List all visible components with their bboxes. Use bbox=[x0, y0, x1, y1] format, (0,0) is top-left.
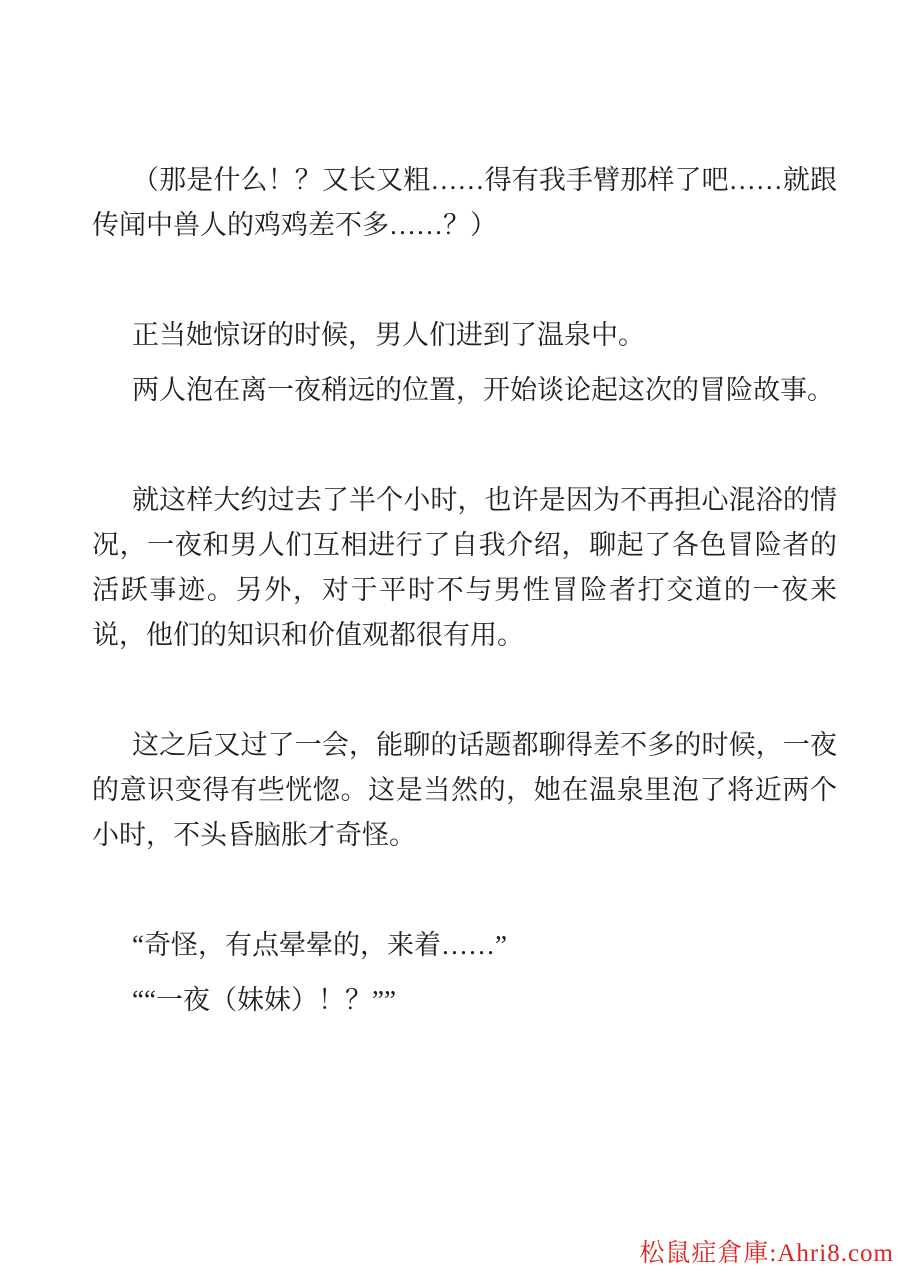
blank-line bbox=[92, 668, 837, 713]
paragraph: （那是什么！？又长又粗……得有我手臂那样了吧……就跟传闻中兽人的鸡鸡差不多……？… bbox=[92, 158, 837, 248]
blank-line bbox=[92, 868, 837, 913]
body-text-block: （那是什么！？又长又粗……得有我手臂那样了吧……就跟传闻中兽人的鸡鸡差不多……？… bbox=[92, 158, 837, 1033]
paragraph: 就这样大约过去了半个小时，也许是因为不再担心混浴的情况，一夜和男人们互相进行了自… bbox=[92, 478, 837, 658]
paragraph: “奇怪，有点晕晕的，来着……” bbox=[92, 923, 837, 968]
paragraph: 两人泡在离一夜稍远的位置，开始谈论起这次的冒险故事。 bbox=[92, 368, 837, 413]
document-viewer: { "page": { "background": "#ffffff", "te… bbox=[0, 0, 900, 1273]
paragraph: 这之后又过了一会，能聊的话题都聊得差不多的时候，一夜的意识变得有些恍惚。这是当然… bbox=[92, 723, 837, 858]
blank-line bbox=[92, 423, 837, 468]
site-watermark: 松鼠症倉庫:Ahri8.com bbox=[639, 1239, 894, 1269]
blank-line bbox=[92, 258, 837, 303]
paragraph: ““一夜（妹妹）！？”” bbox=[92, 978, 837, 1023]
novel-page: （那是什么！？又长又粗……得有我手臂那样了吧……就跟传闻中兽人的鸡鸡差不多……？… bbox=[0, 0, 900, 1273]
paragraph: 正当她惊讶的时候，男人们进到了温泉中。 bbox=[92, 313, 837, 358]
